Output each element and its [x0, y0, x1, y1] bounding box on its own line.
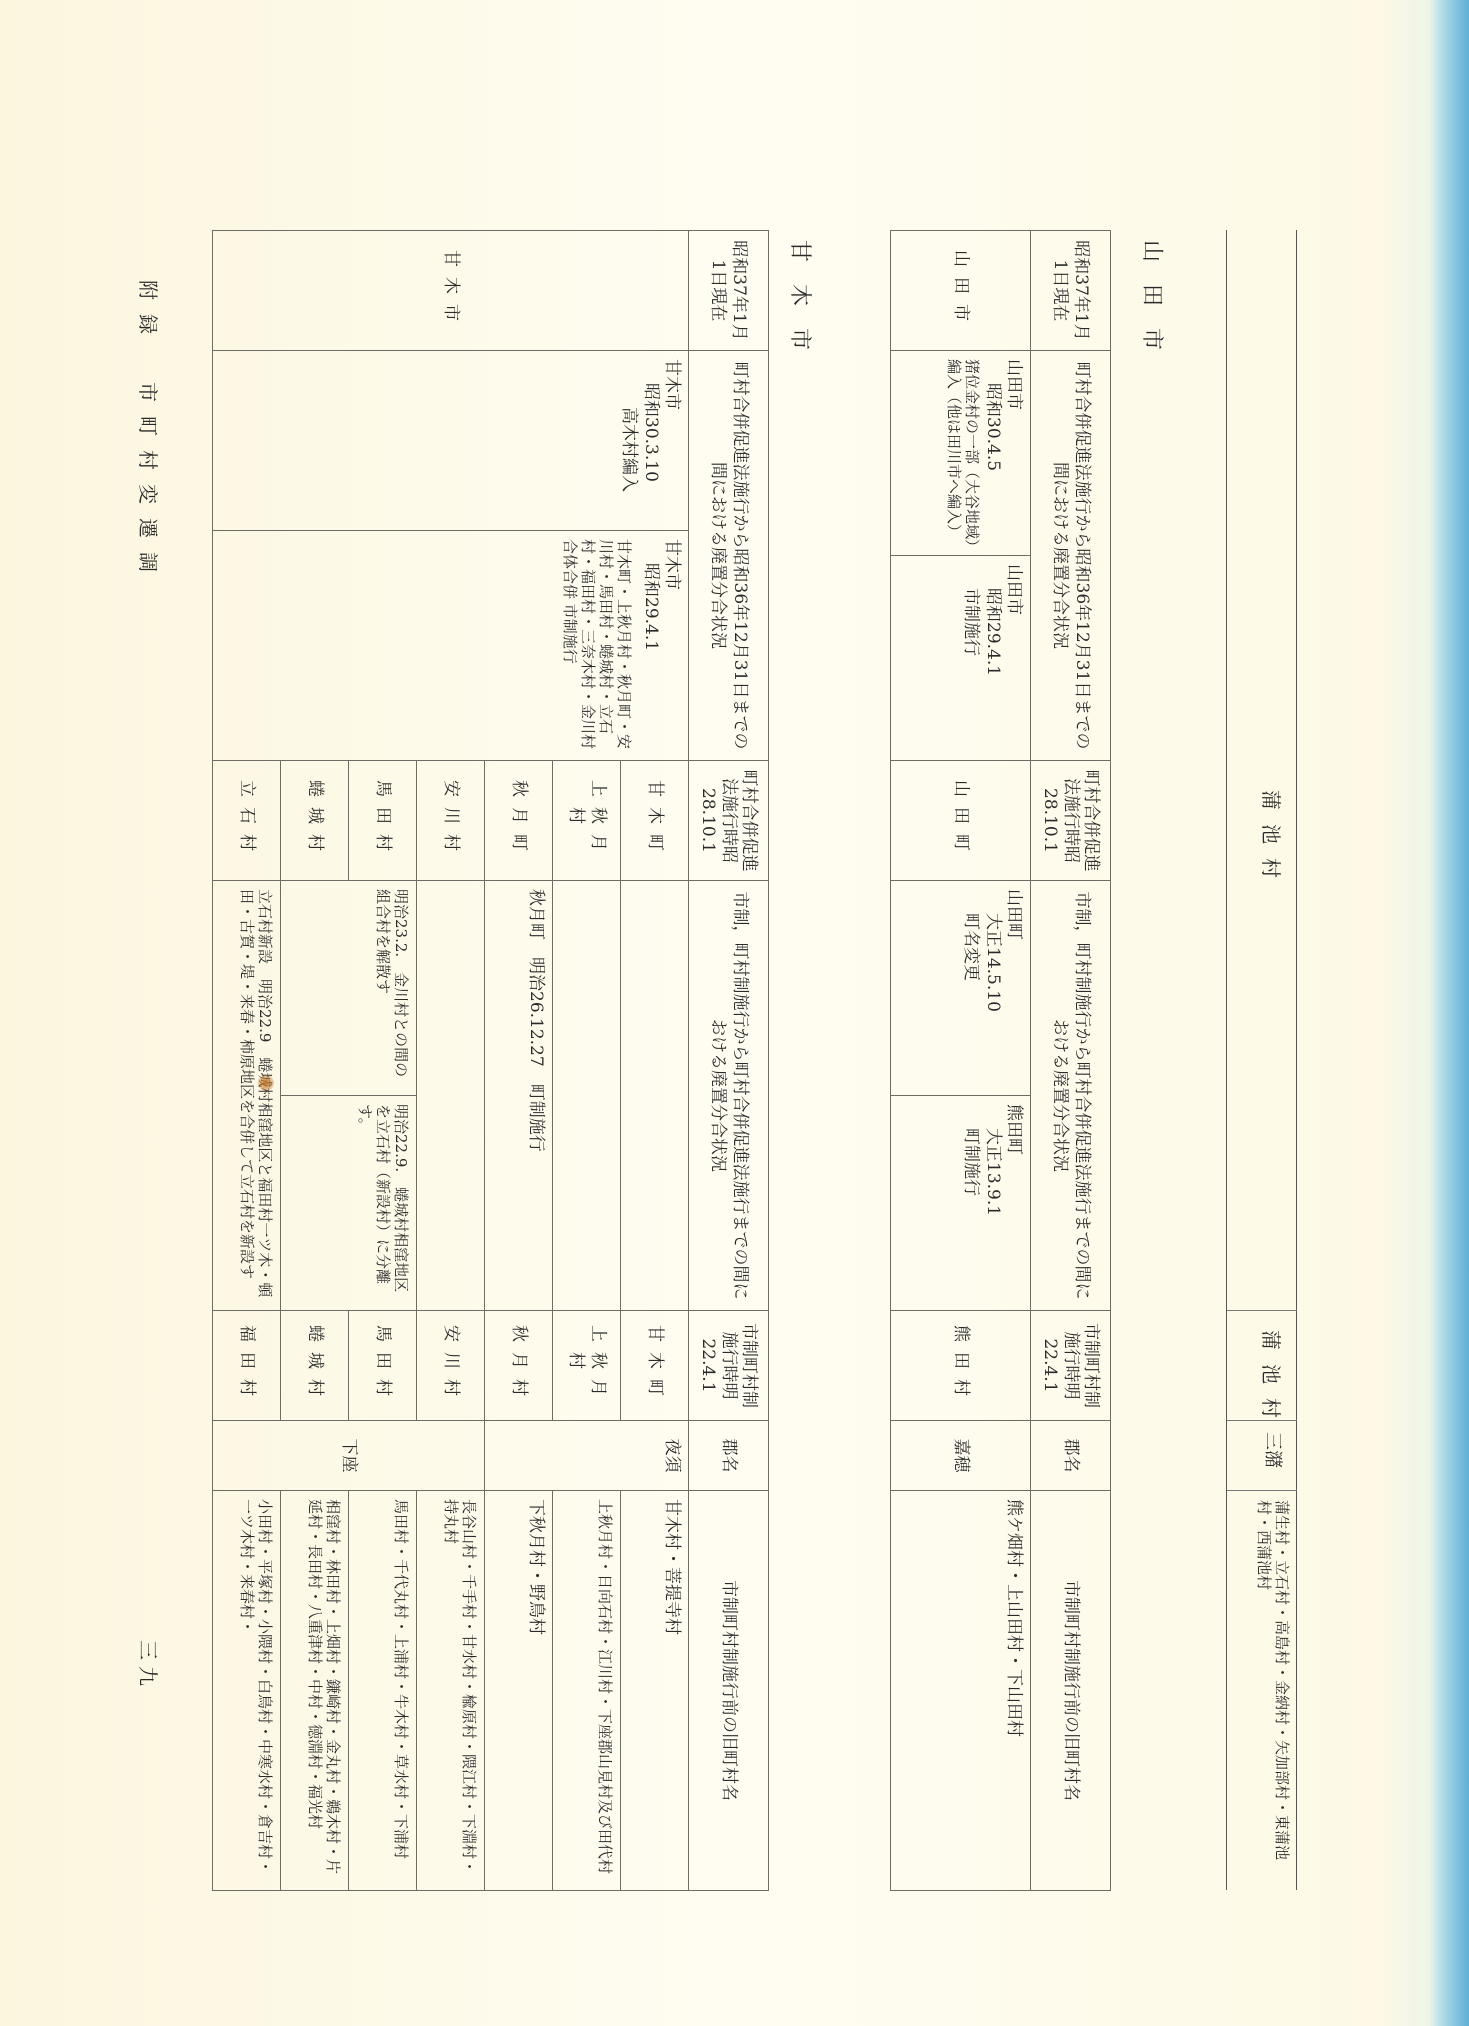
- promotion-name: 蜷城村: [281, 761, 349, 881]
- district-name: 嘉穂: [891, 1421, 1031, 1491]
- old-names: 熊ケ畑村・上山田村・下山田村: [891, 1491, 1031, 1891]
- system-name: 熊田村: [891, 1311, 1031, 1421]
- scan-edge: [1429, 0, 1469, 2026]
- pre-entry: [621, 881, 689, 1311]
- pre-entry: 山田町 大正14.5.10 町名変更: [891, 881, 1031, 1096]
- pre-entry: 熊田町 大正13.9.1 町制施行: [891, 1096, 1031, 1311]
- top-district: 三潴: [1261, 1432, 1287, 1468]
- merge-date: 昭和29.4.1: [640, 539, 661, 752]
- divider: [1227, 1310, 1297, 1311]
- system-name: 上秋月村: [553, 1311, 621, 1421]
- pre-name: 山田町: [1004, 889, 1024, 940]
- merge-note: 市制施行: [960, 564, 981, 752]
- pre-note: 町名変更: [960, 889, 981, 1087]
- merge-name: 甘木市: [662, 539, 682, 590]
- merge-name: 山田市: [1004, 359, 1024, 410]
- header-current: 昭和37年1月1日現在: [689, 231, 769, 351]
- document-page: 蒲池村 蒲池村 三潴 蒲生村・立石村・高島村・金納村・矢加部村・東蒲池村・西蒲池…: [0, 0, 1469, 2026]
- old-names: 馬田村・千代丸村・上浦村・牛木村・草水村・下浦村: [349, 1491, 417, 1891]
- merge-name: 甘木市: [662, 359, 682, 410]
- merge-note: 高木村編入: [618, 359, 639, 522]
- old-names: 相窪村・林田村・上畑村・鎌崎村・金丸村・鵜木村・片延村・長田村・八重津村・中村・…: [281, 1491, 349, 1891]
- top-village-old: 蒲池村: [1258, 1330, 1287, 1432]
- old-names: 長谷山村・千手村・甘水村・楡原村・隈江村・下淵村・持丸村: [417, 1491, 485, 1891]
- top-rule: [1296, 230, 1297, 1890]
- divider: [1227, 1490, 1297, 1491]
- top-old-names: 蒲生村・立石村・高島村・金納村・矢加部村・東蒲池村・西蒲池村: [1255, 1500, 1291, 1880]
- header-old-names: 市制町村制施行前の旧町村名: [1031, 1491, 1111, 1891]
- top-village-new: 蒲池村: [1258, 790, 1287, 892]
- merge-entry: 山田市 昭和29.4.1 市制施行: [891, 556, 1031, 761]
- header-old-names: 市制町村制施行前の旧町村名: [689, 1491, 769, 1891]
- promotion-name: 上秋月村: [553, 761, 621, 881]
- district-name: 夜須: [485, 1421, 689, 1491]
- current-city: 甘木市: [213, 231, 689, 351]
- merge-date: 昭和30.3.10: [640, 359, 661, 522]
- pre-date: 大正13.9.1: [982, 1104, 1003, 1302]
- pre-entry: 明治22.9. 蜷城村相窪地区を立石村（新設村）に分離す。: [281, 1096, 417, 1311]
- promotion-name: 甘木町: [621, 761, 689, 881]
- divider: [1227, 1420, 1297, 1421]
- section-title-amagi: 甘木市: [786, 240, 817, 372]
- yamada-table: 昭和37年1月1日現在 町村合併促進法施行から昭和36年12月31日までの間にお…: [890, 230, 1111, 1891]
- header-merger-period: 町村合併促進法施行から昭和36年12月31日までの間における廃置分合状況: [1031, 351, 1111, 761]
- header-district: 郡名: [1031, 1421, 1111, 1491]
- system-name: 福田村: [213, 1311, 281, 1421]
- promotion-name: 秋月町: [485, 761, 553, 881]
- header-district: 郡名: [689, 1421, 769, 1491]
- system-name: 安川村: [417, 1311, 485, 1421]
- merge-date: 昭和30.4.5: [982, 359, 1003, 547]
- page-number: 三九: [135, 1640, 164, 1692]
- section-title-yamada: 山田市: [1138, 240, 1169, 372]
- system-name: 秋月村: [485, 1311, 553, 1421]
- pre-entry: 明治23.2. 金川村との間の組合村を解散す: [281, 881, 417, 1096]
- merge-entry: 甘木市 昭和30.3.10 高木村編入: [213, 351, 689, 531]
- top-rule-bottom: [1226, 230, 1227, 1890]
- promotion-name: 山田町: [891, 761, 1031, 881]
- old-names: 甘木村・菩提寺村: [621, 1491, 689, 1891]
- merge-entry: 山田市 昭和30.4.5 猪位金村の一部（大谷地域）編入（他は田川市へ編入）: [891, 351, 1031, 556]
- table-row: 甘木市 甘木市 昭和30.3.10 高木村編入 甘木市 昭和29.4.1 甘木町…: [621, 231, 689, 1891]
- pre-name: 熊田町: [1004, 1104, 1024, 1155]
- amagi-table: 昭和37年1月1日現在 町村合併促進法施行から昭和36年12月31日までの間にお…: [212, 230, 769, 1891]
- district-name: 下座: [213, 1421, 485, 1491]
- pre-entry: [553, 881, 621, 1311]
- pre-entry: 立石村新設 明治22.9 蜷城村相窪地区と福田村一ツ木・頓田・古賀・堤・来春・柿…: [213, 881, 281, 1311]
- header-pre-period: 市制，町村制施行から町村合併促進法施行までの間における廃置分合状況: [689, 881, 769, 1311]
- pre-entry: [417, 881, 485, 1311]
- current-city: 山田市: [891, 231, 1031, 351]
- pre-note: 町制施行: [960, 1104, 981, 1302]
- old-names: 下秋月村・野鳥村: [485, 1491, 553, 1891]
- old-names: 小田村・平塚村・小隈村・白鳥村・中寒水村・倉吉村・一ツ木村・来春村・: [213, 1491, 281, 1891]
- promotion-name: 安川村: [417, 761, 485, 881]
- merge-entry: 甘木市 昭和29.4.1 甘木町・上秋月村・秋月町・安川村・馬田村・蜷城村・立石…: [213, 531, 689, 761]
- header-current: 昭和37年1月1日現在: [1031, 231, 1111, 351]
- merge-note: 猪位金村の一部（大谷地域）編入（他は田川市へ編入）: [946, 359, 982, 547]
- pre-entry: 秋月町 明治26.12.27 町制施行: [485, 881, 553, 1311]
- header-pre-period: 市制，町村制施行から町村合併促進法施行までの間における廃置分合状況: [1031, 881, 1111, 1311]
- system-name: 馬田村: [349, 1311, 417, 1421]
- header-promotion-date: 町村合併促進法施行時昭28.10.1: [689, 761, 769, 881]
- old-names: 上秋月村・日向石村・江川村・下座郡山見村及び田代村: [553, 1491, 621, 1891]
- system-name: 蜷城村: [281, 1311, 349, 1421]
- pre-date: 大正14.5.10: [982, 889, 1003, 1087]
- header-merger-period: 町村合併促進法施行から昭和36年12月31日までの間における廃置分合状況: [689, 351, 769, 761]
- merge-date: 昭和29.4.1: [982, 564, 1003, 752]
- header-system-date: 市制町村制施行時明22.4.1: [689, 1311, 769, 1421]
- appendix-label: 附録 市町村変遷調: [135, 280, 164, 586]
- merge-note: 甘木町・上秋月村・秋月町・安川村・馬田村・蜷城村・立石村・福田村・三奈木村・金川…: [562, 539, 634, 752]
- header-system-date: 市制町村制施行時明22.4.1: [1031, 1311, 1111, 1421]
- system-name: 甘木町: [621, 1311, 689, 1421]
- paper-stain: [258, 1075, 274, 1091]
- promotion-name: 立石村: [213, 761, 281, 881]
- promotion-name: 馬田村: [349, 761, 417, 881]
- merge-name: 山田市: [1004, 564, 1024, 615]
- table-row: 山田市 山田市 昭和30.4.5 猪位金村の一部（大谷地域）編入（他は田川市へ編…: [891, 231, 1031, 1891]
- header-promotion-date: 町村合併促進法施行時昭28.10.1: [1031, 761, 1111, 881]
